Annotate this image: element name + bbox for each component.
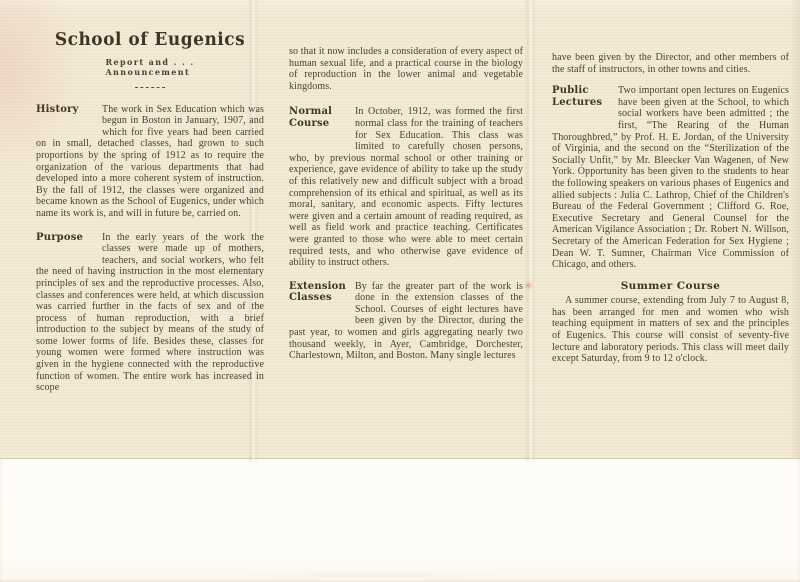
section-history-label: History [36, 104, 102, 128]
subtitle-line-1: Report and . . . [105, 57, 194, 67]
masthead: School of Eugenics Report and . . . Anno… [36, 30, 264, 88]
pamphlet-panel-right: have been given by the Director, and oth… [552, 52, 789, 365]
subtitle-line-2: Announcement [105, 67, 194, 77]
pamphlet-scan: School of Eugenics Report and . . . Anno… [0, 0, 800, 582]
section-purpose-label: Purpose [36, 232, 102, 256]
right-edge-shadow [790, 0, 800, 458]
paper-lower-fold [0, 458, 800, 582]
fold-crease-right [524, 0, 536, 462]
extension-continuation-text: have been given by the Director, and oth… [552, 52, 789, 75]
section-history: HistoryThe work in Sex Education which w… [36, 104, 264, 220]
section-normal-course: Normal CourseIn October, 1912, was forme… [289, 106, 523, 268]
section-extension-classes: Extension ClassesBy far the greater part… [289, 281, 523, 362]
pink-blemish-spot [524, 281, 533, 290]
section-purpose: PurposeIn the early years of the work th… [36, 232, 264, 394]
title-divider-rule [135, 87, 165, 88]
subtitle-block: Report and . . . Announcement [105, 57, 194, 77]
pamphlet-panel-middle: so that it now includes a consideration … [289, 46, 523, 362]
section-purpose-text: In the early years of the work the class… [36, 232, 264, 394]
pamphlet-title: School of Eugenics [36, 30, 264, 51]
summer-course-heading: Summer Course [552, 281, 789, 293]
purpose-continuation-text: so that it now includes a consideration … [289, 46, 523, 92]
section-normal-course-label: Normal Course [289, 106, 355, 141]
section-extension-classes-label: Extension Classes [289, 281, 355, 316]
section-public-lectures: Public LecturesTwo important open lectur… [552, 85, 789, 271]
summer-course-text: A summer course, extending from July 7 t… [552, 295, 789, 365]
section-public-lectures-label: Public Lectures [552, 85, 618, 120]
pamphlet-panel-left: School of Eugenics Report and . . . Anno… [36, 30, 264, 394]
